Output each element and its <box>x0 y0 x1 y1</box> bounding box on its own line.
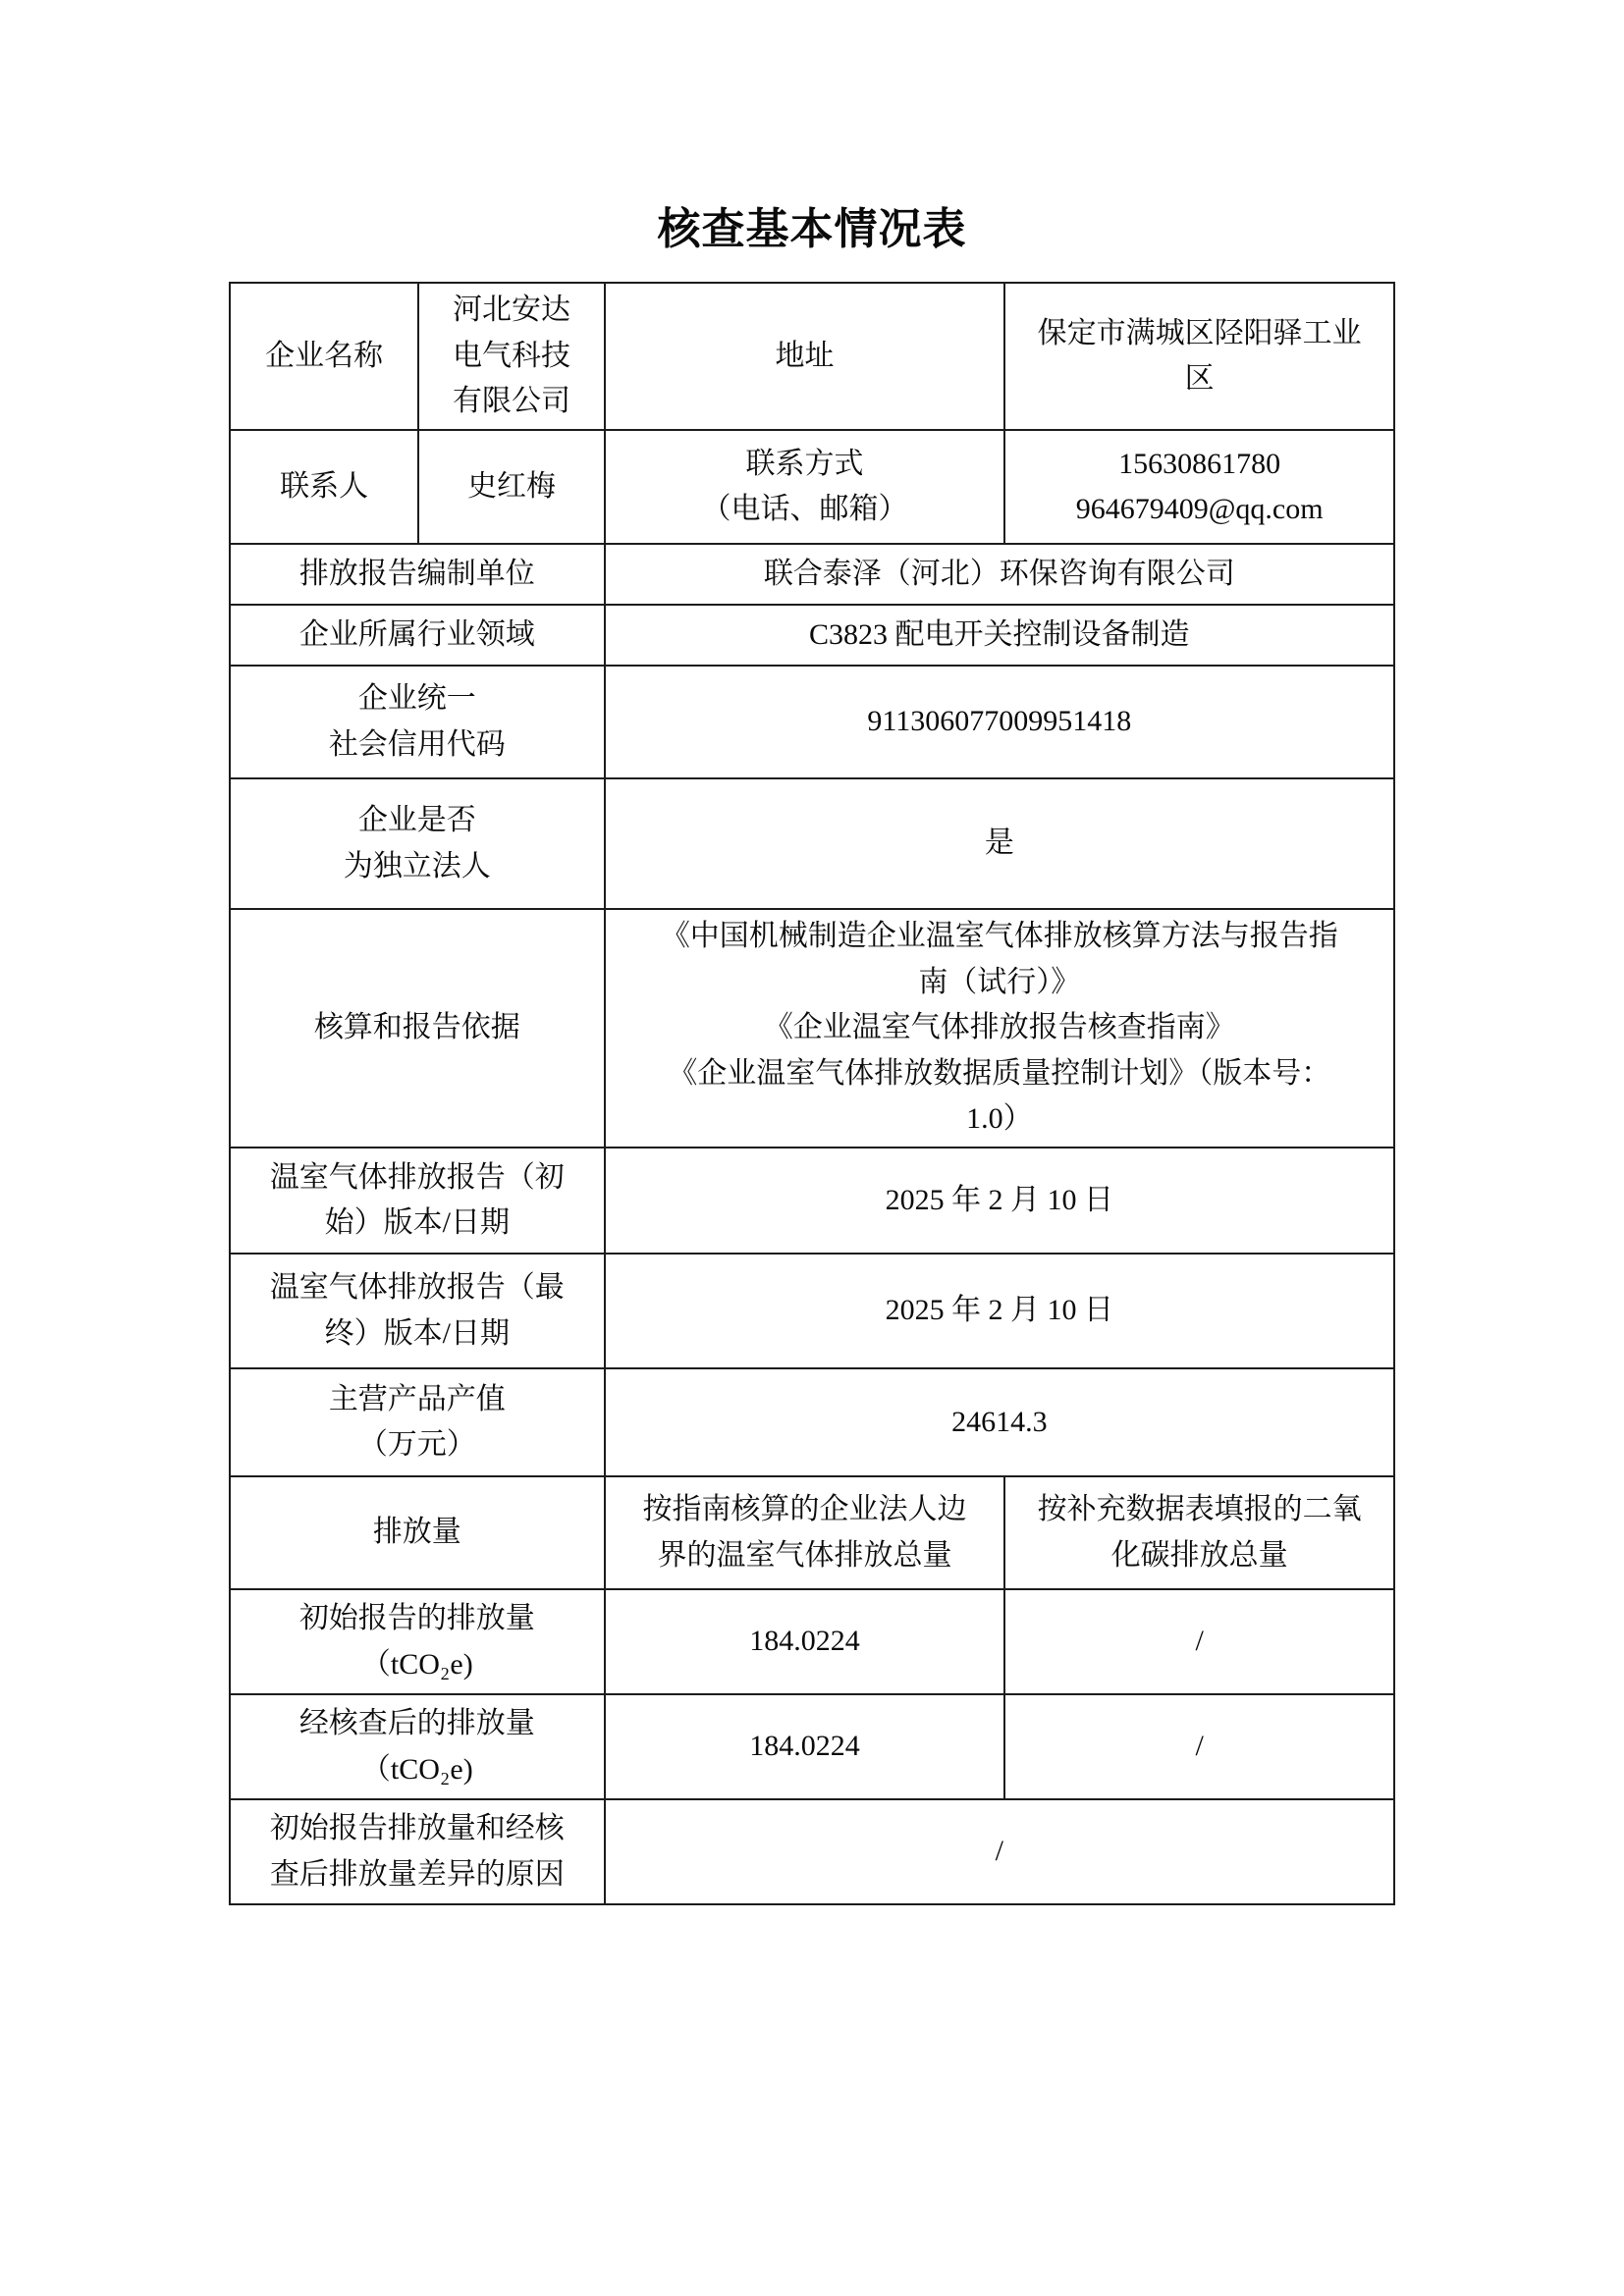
contact-method-label: 联系方式 （电话、邮箱） <box>605 430 1005 544</box>
difference-reason-value: / <box>605 1799 1394 1904</box>
final-report-date-label: 温室气体排放报告（最 终）版本/日期 <box>230 1254 605 1368</box>
address-label: 地址 <box>605 283 1005 430</box>
industry-value: C3823 配电开关控制设备制造 <box>605 605 1394 666</box>
row-verified-emission: 经核查后的排放量 （tCO₂e) 184.0224 / <box>230 1694 1394 1799</box>
emissions-col-supplementary-header: 按补充数据表填报的二氧 化碳排放总量 <box>1004 1476 1394 1589</box>
row-company: 企业名称 河北安达 电气科技 有限公司 地址 保定市满城区陉阳驿工业 区 <box>230 283 1394 430</box>
row-initial-emission: 初始报告的排放量 （tCO₂e) 184.0224 / <box>230 1589 1394 1694</box>
initial-emission-label: 初始报告的排放量 （tCO₂e) <box>230 1589 605 1694</box>
credit-code-value: 911306077009951418 <box>605 666 1394 778</box>
independent-legal-value: 是 <box>605 778 1394 909</box>
emissions-label: 排放量 <box>230 1476 605 1589</box>
document-page: 核查基本情况表 企业名称 河北安达 电气科技 有限公司 地址 保定市满城区陉阳驿… <box>0 0 1624 2296</box>
credit-code-label: 企业统一 社会信用代码 <box>230 666 605 778</box>
independent-legal-label: 企业是否 为独立法人 <box>230 778 605 909</box>
accounting-basis-value: 《中国机械制造企业温室气体排放核算方法与报告指 南（试行）》 《企业温室气体排放… <box>605 909 1394 1148</box>
row-contact: 联系人 史红梅 联系方式 （电话、邮箱） 15630861780 9646794… <box>230 430 1394 544</box>
row-final-report-date: 温室气体排放报告（最 终）版本/日期 2025 年 2 月 10 日 <box>230 1254 1394 1368</box>
row-industry: 企业所属行业领域 C3823 配电开关控制设备制造 <box>230 605 1394 666</box>
row-report-unit: 排放报告编制单位 联合泰泽（河北）环保咨询有限公司 <box>230 544 1394 605</box>
accounting-basis-label: 核算和报告依据 <box>230 909 605 1148</box>
output-value-label: 主营产品产值 （万元） <box>230 1368 605 1476</box>
emissions-col-guideline-header: 按指南核算的企业法人边 界的温室气体排放总量 <box>605 1476 1005 1589</box>
row-independent-legal: 企业是否 为独立法人 是 <box>230 778 1394 909</box>
row-emissions-header: 排放量 按指南核算的企业法人边 界的温室气体排放总量 按补充数据表填报的二氧 化… <box>230 1476 1394 1589</box>
contact-person-value: 史红梅 <box>418 430 604 544</box>
row-initial-report-date: 温室气体排放报告（初 始）版本/日期 2025 年 2 月 10 日 <box>230 1148 1394 1254</box>
contact-person-label: 联系人 <box>230 430 418 544</box>
output-value-value: 24614.3 <box>605 1368 1394 1476</box>
page-title: 核查基本情况表 <box>0 0 1624 251</box>
verified-emission-label: 经核查后的排放量 （tCO₂e) <box>230 1694 605 1799</box>
difference-reason-label: 初始报告排放量和经核 查后排放量差异的原因 <box>230 1799 605 1904</box>
contact-method-value: 15630861780 964679409@qq.com <box>1004 430 1394 544</box>
initial-report-date-label: 温室气体排放报告（初 始）版本/日期 <box>230 1148 605 1254</box>
row-difference-reason: 初始报告排放量和经核 查后排放量差异的原因 / <box>230 1799 1394 1904</box>
initial-report-date-value: 2025 年 2 月 10 日 <box>605 1148 1394 1254</box>
industry-label: 企业所属行业领域 <box>230 605 605 666</box>
final-report-date-value: 2025 年 2 月 10 日 <box>605 1254 1394 1368</box>
verified-emission-guideline-value: 184.0224 <box>605 1694 1005 1799</box>
company-name-label: 企业名称 <box>230 283 418 430</box>
address-value: 保定市满城区陉阳驿工业 区 <box>1004 283 1394 430</box>
company-name-value: 河北安达 电气科技 有限公司 <box>418 283 604 430</box>
row-accounting-basis: 核算和报告依据 《中国机械制造企业温室气体排放核算方法与报告指 南（试行）》 《… <box>230 909 1394 1148</box>
report-unit-value: 联合泰泽（河北）环保咨询有限公司 <box>605 544 1394 605</box>
initial-emission-guideline-value: 184.0224 <box>605 1589 1005 1694</box>
verified-emission-supplementary-value: / <box>1004 1694 1394 1799</box>
verification-info-table: 企业名称 河北安达 电气科技 有限公司 地址 保定市满城区陉阳驿工业 区 联系人… <box>229 282 1395 1905</box>
initial-emission-supplementary-value: / <box>1004 1589 1394 1694</box>
row-output-value: 主营产品产值 （万元） 24614.3 <box>230 1368 1394 1476</box>
row-credit-code: 企业统一 社会信用代码 911306077009951418 <box>230 666 1394 778</box>
report-unit-label: 排放报告编制单位 <box>230 544 605 605</box>
